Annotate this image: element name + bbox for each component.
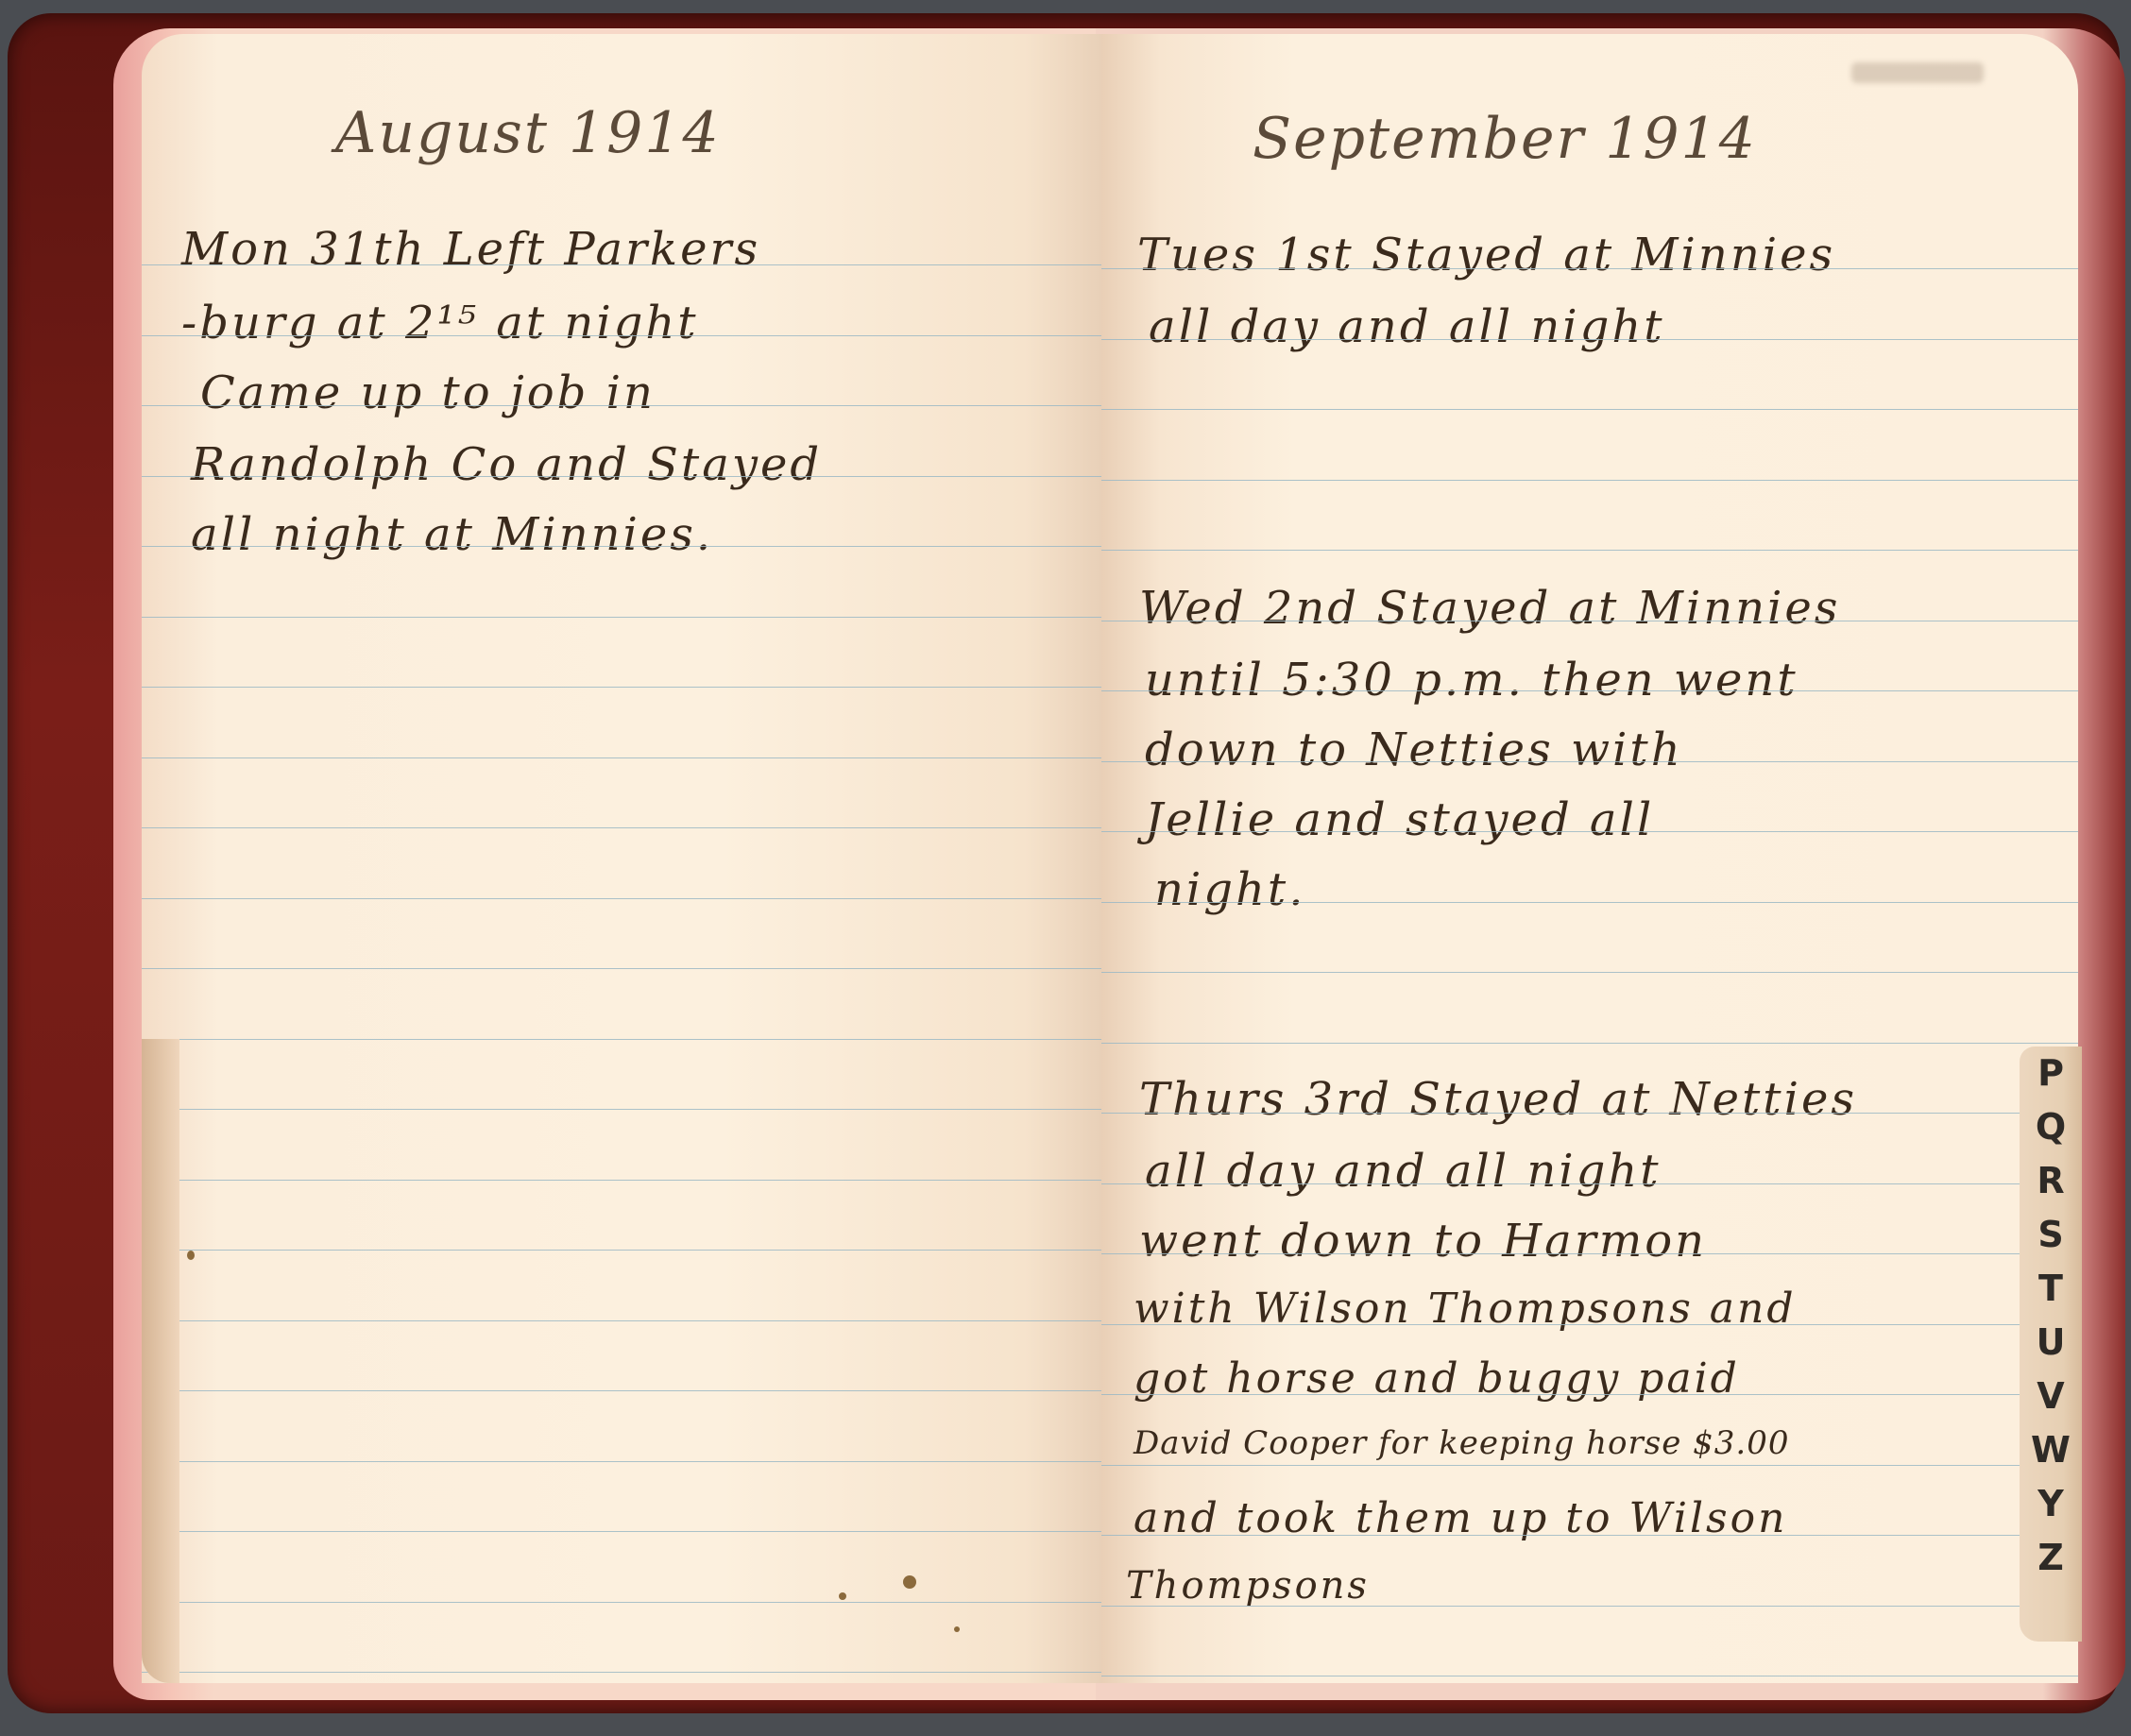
ruled-line	[142, 476, 1101, 477]
index-tab-u[interactable]: U	[2037, 1316, 2066, 1370]
ruled-line	[1101, 1183, 2078, 1184]
ruled-line	[1101, 902, 2078, 903]
entry-line: with Wilson Thompsons and	[1134, 1285, 1797, 1333]
ruled-line	[1101, 1043, 2078, 1044]
entry-line: night.	[1154, 863, 1305, 916]
ruled-line	[1101, 690, 2078, 691]
ruled-line	[142, 335, 1101, 336]
ruled-line	[142, 1531, 1101, 1532]
index-tab-t[interactable]: T	[2038, 1262, 2063, 1316]
ruled-line	[1101, 1676, 2078, 1676]
index-tab-p[interactable]: P	[2037, 1047, 2064, 1100]
entry-line: Thompsons	[1126, 1564, 1370, 1608]
entry-line: went down to Harmon	[1139, 1215, 1707, 1268]
ruled-line	[142, 687, 1101, 688]
right-page-heading: September 1914	[1253, 106, 1757, 172]
faded-stamp	[1851, 62, 1984, 83]
entry-line: Came up to job in	[200, 366, 656, 419]
ruled-line	[142, 1602, 1101, 1603]
entry-line: Thurs 3rd Stayed at Netties	[1139, 1073, 1857, 1126]
ruled-line	[1101, 1465, 2078, 1466]
ruled-line	[142, 546, 1101, 547]
ruled-line	[142, 1320, 1101, 1321]
ruled-line	[1101, 550, 2078, 551]
index-tab-z[interactable]: Z	[2037, 1531, 2064, 1585]
entry-line: all day and all night	[1145, 1145, 1662, 1198]
ink-spot	[903, 1575, 916, 1589]
ruled-line	[142, 757, 1101, 758]
ruled-line	[142, 1390, 1101, 1391]
left-page: August 1914 Mon 31th Left Parkers -burg …	[142, 34, 1101, 1683]
ruled-line	[142, 898, 1101, 899]
ruled-line	[1101, 761, 2078, 762]
entry-line: all day and all night	[1149, 300, 1665, 353]
ruled-line	[1101, 409, 2078, 410]
ruled-line	[142, 1180, 1101, 1181]
alphabet-index-tabs: P Q R S T U V W Y Z	[2020, 1047, 2082, 1642]
ruled-line	[142, 1461, 1101, 1462]
entry-line: got horse and buggy paid	[1134, 1354, 1740, 1403]
ruled-line	[142, 1672, 1101, 1673]
ruled-line	[1101, 1394, 2078, 1395]
ink-spot	[187, 1251, 195, 1260]
ruled-line	[1101, 268, 2078, 269]
index-tab-w[interactable]: W	[2031, 1423, 2071, 1477]
ruled-line	[1101, 1535, 2078, 1536]
entry-line: David Cooper for keeping horse $3.00	[1134, 1424, 1789, 1462]
ruled-line	[142, 1039, 1101, 1040]
entry-line: Wed 2nd Stayed at Minnies	[1139, 582, 1840, 635]
ruled-line	[1101, 480, 2078, 481]
ruled-line	[142, 617, 1101, 618]
entry-line: Mon 31th Left Parkers	[181, 223, 760, 276]
ruled-line	[1101, 972, 2078, 973]
ruled-line	[142, 1109, 1101, 1110]
ruled-line	[142, 968, 1101, 969]
ruled-line	[142, 1250, 1101, 1251]
entry-line: Randolph Co and Stayed	[191, 438, 822, 491]
ruled-line	[142, 264, 1101, 265]
ruled-line	[142, 827, 1101, 828]
entry-line: all night at Minnies.	[191, 508, 713, 561]
entry-line: Tues 1st Stayed at Minnies	[1137, 229, 1835, 281]
ruled-line	[1101, 1324, 2078, 1325]
ruled-line	[1101, 831, 2078, 832]
index-tab-v[interactable]: V	[2037, 1370, 2064, 1423]
entry-line: down to Netties with	[1145, 723, 1683, 776]
entry-line: until 5:30 p.m. then went	[1145, 654, 1799, 706]
ink-spot	[839, 1592, 846, 1600]
ink-spot	[954, 1626, 960, 1632]
ruled-line	[1101, 1606, 2078, 1607]
index-tab-q[interactable]: Q	[2036, 1100, 2066, 1154]
ruled-line	[1101, 339, 2078, 340]
index-tab-s[interactable]: S	[2037, 1208, 2063, 1262]
right-page: September 1914 Tues 1st Stayed at Minnie…	[1101, 34, 2078, 1683]
index-tab-r[interactable]: R	[2037, 1154, 2064, 1208]
entry-line: -burg at 2¹⁵ at night	[181, 297, 699, 349]
ruled-line	[1101, 1253, 2078, 1254]
left-page-heading: August 1914	[335, 100, 721, 166]
ruled-line	[1101, 621, 2078, 621]
folded-page-corner	[142, 1039, 179, 1683]
entry-line: Jellie and stayed all	[1145, 793, 1654, 846]
ruled-line	[1101, 1113, 2078, 1114]
ruled-line	[142, 405, 1101, 406]
index-tab-y[interactable]: Y	[2037, 1477, 2064, 1531]
